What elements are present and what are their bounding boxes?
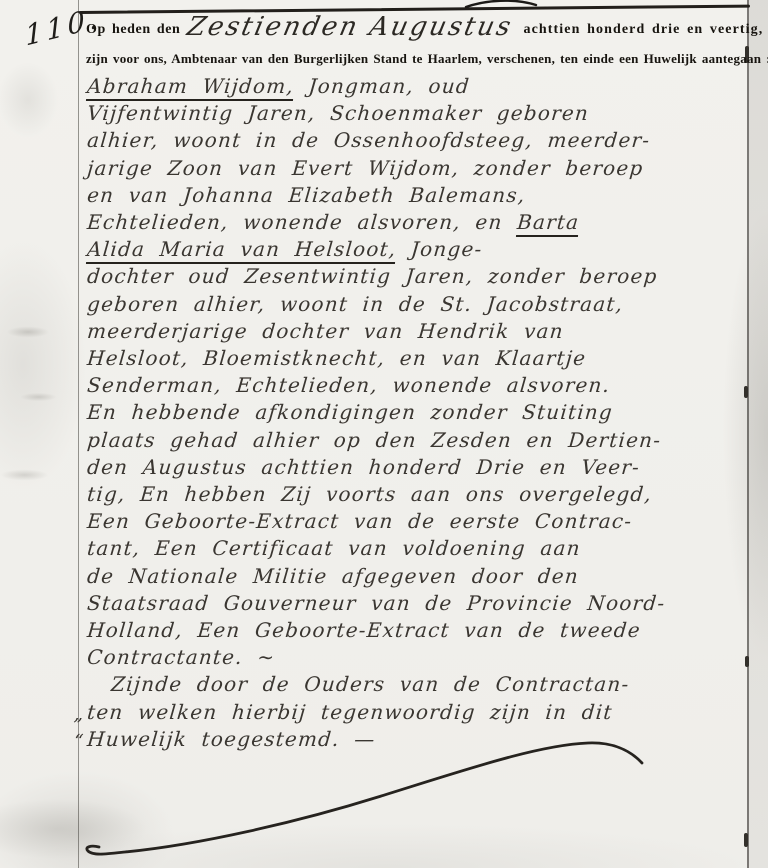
handwritten-text: Huwelijk toegestemd. — <box>86 727 376 751</box>
handwritten-text: tig, En hebben Zij voorts aan ons overge… <box>86 482 653 506</box>
page-edge-shading <box>749 0 768 868</box>
handwritten-text: de Nationale Militie afgegeven door den <box>86 564 580 588</box>
handwritten-text: jarige Zoon van Evert Wijdom, zonder ber… <box>86 156 644 180</box>
handwritten-line: Zijnde door de Ouders van de Contractan- <box>86 671 750 698</box>
underlined-name-text: Barta <box>516 210 581 237</box>
handwritten-line: „ten welken hierbij tegenwoordig zijn in… <box>86 699 750 726</box>
handwritten-text: En hebbende afkondigingen zonder Stuitin… <box>86 400 614 424</box>
handwritten-text: Helsloot, Bloemistknecht, en van Klaartj… <box>86 346 587 370</box>
handwritten-line: “Huwelijk toegestemd. — <box>86 726 750 753</box>
printed-prefix-text: Op heden den <box>86 22 180 38</box>
record-body: Op heden den Zestienden Augustus achttie… <box>86 15 748 753</box>
handwritten-text: geboren alhier, woont in de St. Jacobstr… <box>86 292 624 316</box>
handwritten-text: Een Geboorte-Extract van de eerste Contr… <box>86 509 633 533</box>
handwritten-line: en van Johanna Elizabeth Balemans, <box>86 182 750 209</box>
margin-quote-mark: „ <box>73 701 86 728</box>
handwritten-line: geboren alhier, woont in de St. Jacobstr… <box>86 291 750 318</box>
handwritten-text: Staatsraad Gouverneur van de Provincie N… <box>86 591 666 615</box>
paper-mottling-bottom <box>0 770 190 868</box>
handwritten-text: Jongman, oud <box>293 74 471 98</box>
handwritten-line: Holland, Een Geboorte-Extract van de twe… <box>86 617 750 644</box>
handwritten-text: Jonge- <box>395 237 483 261</box>
handwritten-text: tant, Een Certificaat van voldoening aan <box>86 536 582 560</box>
printed-header-line1: Op heden den Zestienden Augustus achttie… <box>86 15 748 49</box>
handwritten-date: Zestienden Augustus <box>186 17 515 37</box>
handwritten-line: Helsloot, Bloemistknecht, en van Klaartj… <box>86 345 750 372</box>
handwritten-line: Abraham Wijdom, Jongman, oud <box>86 73 750 100</box>
handwritten-line: den Augustus achttien honderd Drie en Ve… <box>86 454 750 481</box>
handwritten-line: tant, Een Certificaat van voldoening aan <box>86 535 750 562</box>
handwritten-line: meerderjarige dochter van Hendrik van <box>86 318 750 345</box>
handwritten-line: de Nationale Militie afgegeven door den <box>86 563 750 590</box>
printed-year-text: achttien honderd drie en veertig, <box>523 22 763 38</box>
handwritten-line: En hebbende afkondigingen zonder Stuitin… <box>86 399 750 426</box>
paper-mottling-topleft <box>0 40 70 160</box>
handwritten-line: Echtelieden, wonende alsvoren, en Barta <box>86 209 750 236</box>
handwritten-text: alhier, woont in de Ossenhoofdsteeg, mee… <box>86 128 651 152</box>
handwritten-text: Holland, Een Geboorte-Extract van de twe… <box>86 618 642 642</box>
handwritten-text: Zijnde door de Ouders van de Contractan- <box>110 672 630 696</box>
handwritten-text: Vijfentwintig Jaren, Schoenmaker geboren <box>86 101 590 125</box>
handwritten-line: plaats gehad alhier op den Zesden en Der… <box>86 427 750 454</box>
scanned-marriage-record-page: 110. Op heden den Zestienden Augustus ac… <box>0 0 768 868</box>
handwritten-text: Contractante. ~ <box>86 645 276 669</box>
handwritten-line: dochter oud Zesentwintig Jaren, zonder b… <box>86 263 750 290</box>
handwritten-line: jarige Zoon van Evert Wijdom, zonder ber… <box>86 155 750 182</box>
handwritten-text: plaats gehad alhier op den Zesden en Der… <box>86 428 662 452</box>
underlined-name-text: Abraham Wijdom, <box>86 74 295 101</box>
ink-speck <box>744 833 748 847</box>
handwritten-text: den Augustus achttien honderd Drie en Ve… <box>86 455 641 479</box>
handwritten-line: Senderman, Echtelieden, wonende alsvoren… <box>86 372 750 399</box>
handwritten-line: Vijfentwintig Jaren, Schoenmaker geboren <box>86 100 750 127</box>
handwritten-line: Alida Maria van Helsloot, Jonge- <box>86 236 750 263</box>
handwritten-line: Een Geboorte-Extract van de eerste Contr… <box>86 508 750 535</box>
handwritten-line: Staatsraad Gouverneur van de Provincie N… <box>86 590 750 617</box>
margin-quote-mark: “ <box>73 728 86 755</box>
closing-flourish-stroke <box>87 743 642 854</box>
handwritten-text: en van Johanna Elizabeth Balemans, <box>86 183 526 207</box>
handwritten-line: tig, En hebben Zij voorts aan ons overge… <box>86 481 750 508</box>
printed-header-line2: zijn voor ons, Ambtenaar van den Burgerl… <box>86 51 748 67</box>
handwritten-line: Contractante. ~ <box>86 644 750 671</box>
handwritten-text: meerderjarige dochter van Hendrik van <box>86 319 565 343</box>
handwritten-text: Senderman, Echtelieden, wonende alsvoren… <box>86 373 611 397</box>
handwritten-line: alhier, woont in de Ossenhoofdsteeg, mee… <box>86 127 750 154</box>
handwritten-text: Echtelieden, wonende alsvoren, en <box>86 210 518 234</box>
underlined-name-text: Alida Maria van Helsloot, <box>86 237 398 264</box>
handwritten-text: dochter oud Zesentwintig Jaren, zonder b… <box>86 264 658 288</box>
handwritten-text: ten welken hierbij tegenwoordig zijn in … <box>86 700 614 724</box>
paper-mottling-left <box>0 280 70 540</box>
handwriting-lines: Abraham Wijdom, Jongman, oudVijfentwinti… <box>86 73 748 753</box>
